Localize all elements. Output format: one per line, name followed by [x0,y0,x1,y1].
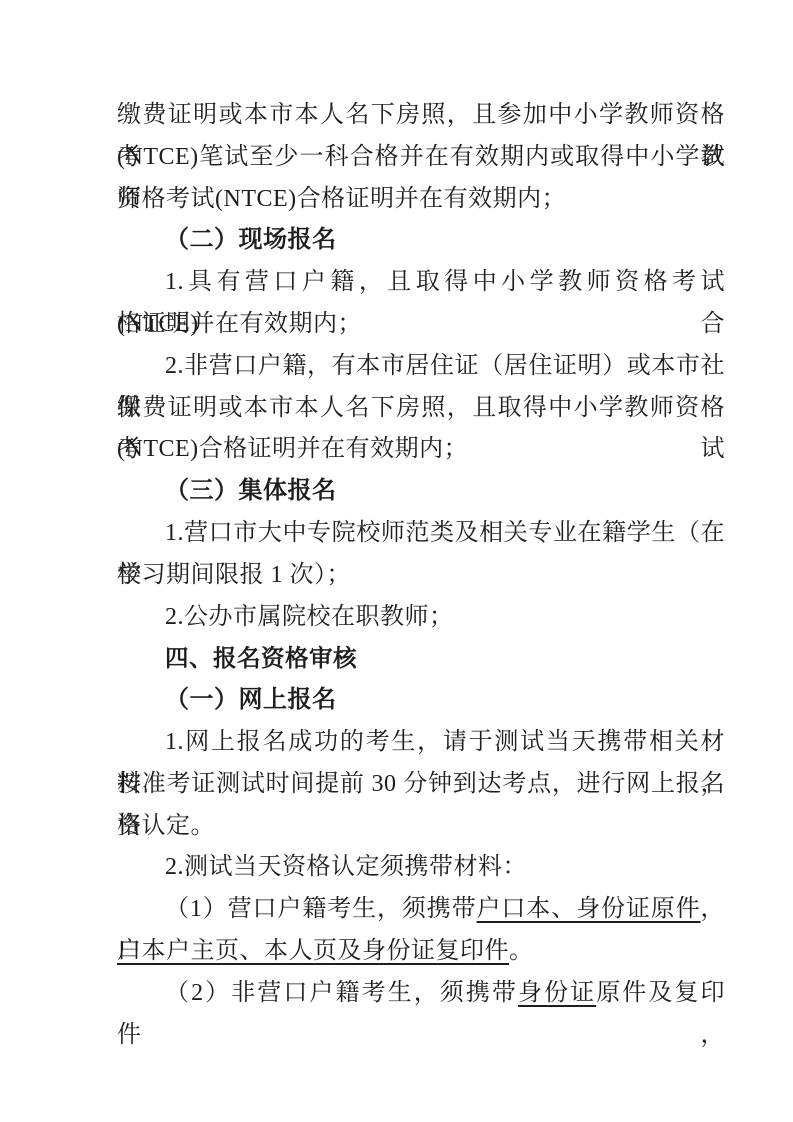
text-line: （2）非营口户籍考生，须携带身份证原件及复印件， [117,973,725,1015]
text-segment: （1）营口户籍考生，须携带 [165,896,477,922]
text-line: 2.非营口户籍，有本市居住证（居住证明）或本市社保 [117,346,725,388]
underlined-text: 身份证 [518,980,596,1006]
text-line: 格认定。 [117,806,725,848]
text-line: 1.网上报名成功的考生，请于测试当天携带相关材料， [117,722,725,764]
text-line: 2.测试当天资格认定须携带材料： [117,847,725,889]
text-segment: (NTCE)合格证明并在有效期内； [117,436,468,462]
underlined-text: 口本户主页、本人页及身份证复印件 [117,938,509,964]
text-segment: 格证明并在有效期内； [117,311,362,337]
text-segment: 格认定。 [117,813,215,839]
text-line: 1.营口市大中专院校师范类及相关专业在籍学生（在校 [117,513,725,555]
text-line: 学习期间限报 1 次）； [117,555,725,597]
text-segment: （一）网上报名 [165,687,337,713]
text-segment: 资格考试(NTCE)合格证明并在有效期内； [117,186,566,212]
text-line: 缴费证明或本市本人名下房照，且取得中小学教师资格考试 [117,388,725,430]
heading-line: 四、报名资格审核 [117,638,725,680]
document-page: 缴费证明或本市本人名下房照，且参加中小学教师资格考试(NTCE)笔试至少一科合格… [0,0,793,1122]
text-line: (NTCE)笔试至少一科合格并在有效期内或取得中小学教师 [117,137,725,179]
document-body: 缴费证明或本市本人名下房照，且参加中小学教师资格考试(NTCE)笔试至少一科合格… [117,95,725,1015]
text-line: 资格考试(NTCE)合格证明并在有效期内； [117,179,725,221]
text-line: （1）营口户籍考生，须携带户口本、身份证原件，户 [117,889,725,931]
text-segment: 。 [509,938,534,964]
text-line: 按准考证测试时间提前 30 分钟到达考点，进行网上报名资 [117,764,725,806]
heading-line: （二）现场报名 [117,220,725,262]
text-line: 缴费证明或本市本人名下房照，且参加中小学教师资格考试 [117,95,725,137]
text-line: 口本户主页、本人页及身份证复印件。 [117,931,725,973]
heading-line: （三）集体报名 [117,471,725,513]
text-segment: ， [701,896,726,922]
text-segment: （2）非营口户籍考生，须携带 [165,980,518,1006]
text-line: 2.公办市属院校在职教师； [117,597,725,639]
text-segment: 四、报名资格审核 [165,645,357,671]
text-segment: 2.公办市属院校在职教师； [165,604,454,630]
text-segment: （二）现场报名 [165,227,337,253]
text-segment: 2.测试当天资格认定须携带材料： [165,854,527,880]
text-line: 1.具有营口户籍，且取得中小学教师资格考试(NTCE)合 [117,262,725,304]
text-segment: 学习期间限报 1 次）； [117,562,351,588]
underlined-text: 户口本、身份证原件 [477,896,701,922]
heading-line: （一）网上报名 [117,680,725,722]
text-segment: （三）集体报名 [165,478,337,504]
